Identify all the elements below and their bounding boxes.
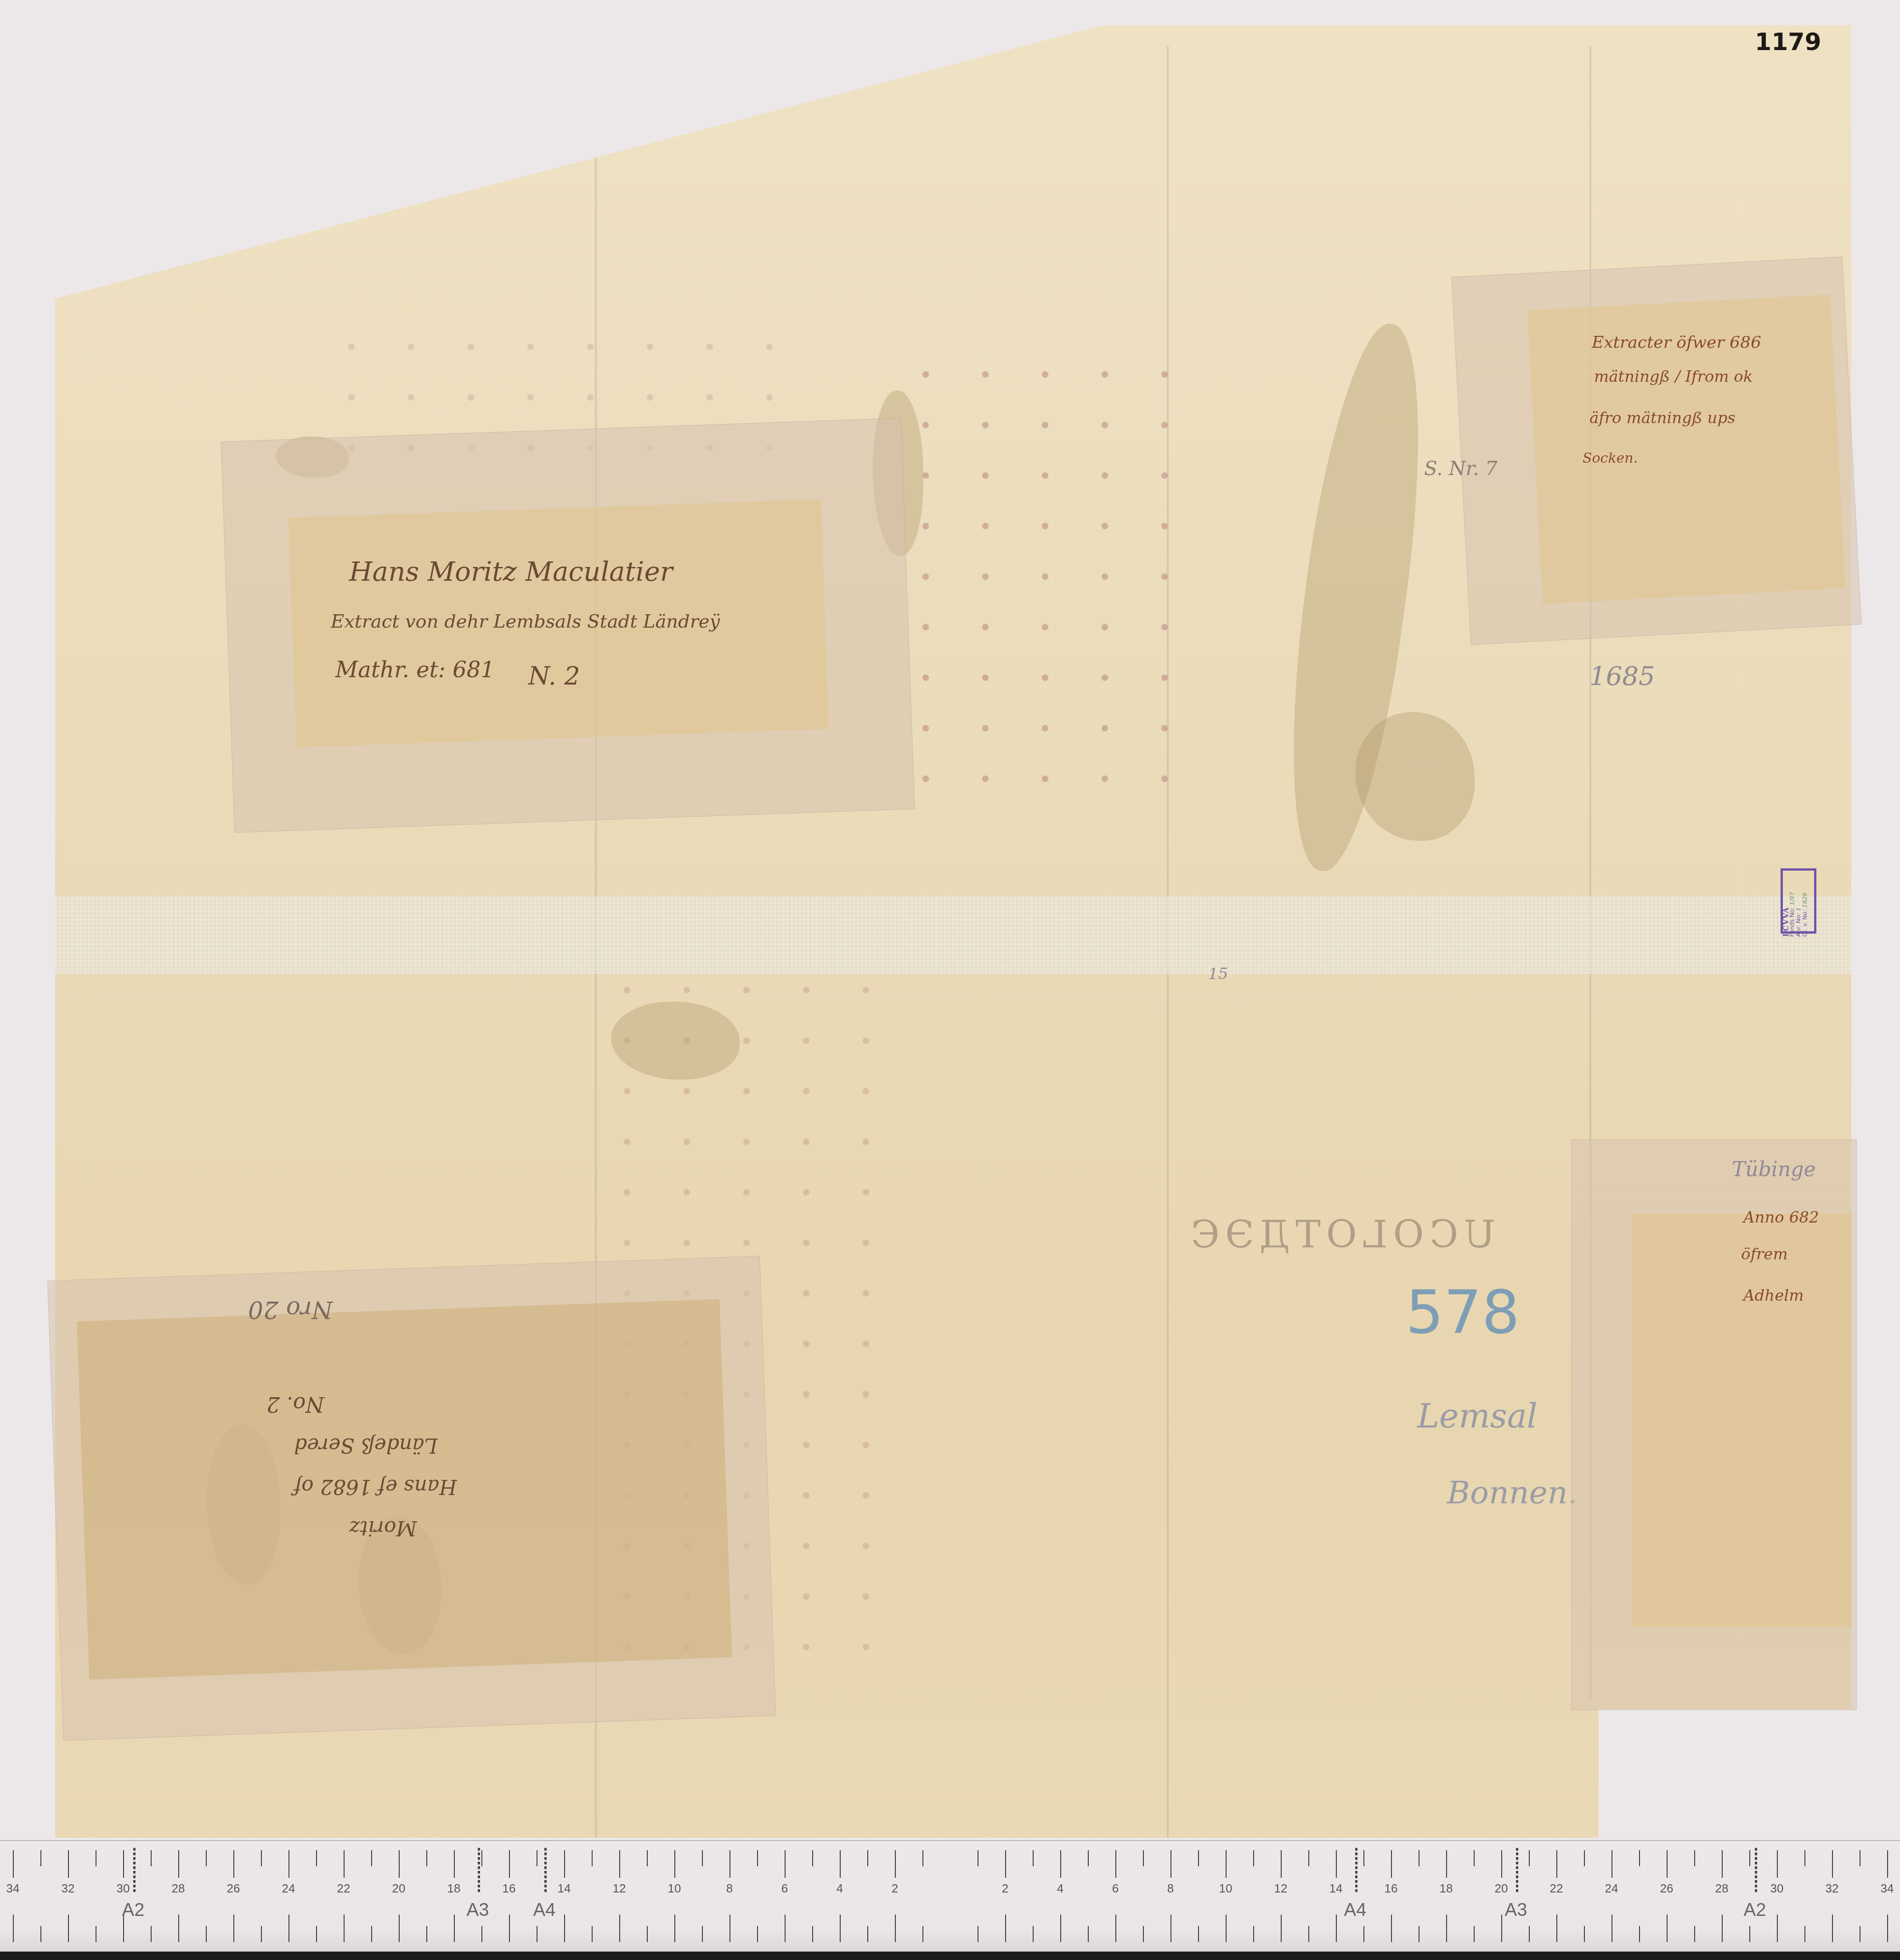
upper-right-line-1: Extracter öfwer 686 [1592, 333, 1761, 352]
ruler-tick-label: 2 [892, 1881, 898, 1896]
dotted-field-pattern [896, 349, 1171, 809]
ruler-tick-label: 30 [117, 1881, 130, 1896]
upper-right-line-2: mätningß / Ifrom ok [1594, 368, 1753, 386]
center-pencil-number: 15 [1208, 965, 1228, 983]
scanner-edge [0, 1952, 1900, 1960]
ruler-tick [1363, 1926, 1364, 1942]
ruler-tick [785, 1850, 786, 1878]
ruler-tick [564, 1850, 565, 1878]
ruler-tick [1584, 1926, 1585, 1942]
ruler-tick-label: 8 [1167, 1881, 1174, 1896]
ruler-tick-label: 4 [1057, 1881, 1063, 1896]
ruler-tick [1446, 1915, 1447, 1942]
ruler-tick [647, 1926, 648, 1942]
ruler-tick [178, 1915, 179, 1942]
upper-right-line-3: äfro mätningß ups [1589, 409, 1736, 427]
paper-size-marker-a2: A2 [1744, 1900, 1766, 1920]
stamp-fonds-row: Fonds No: 1/07 [1789, 872, 1796, 937]
ruler-tick [922, 1850, 923, 1866]
ruler-tick [1308, 1926, 1309, 1942]
ruler-tick-label: 30 [1770, 1881, 1784, 1896]
ruler-tick [1529, 1850, 1530, 1866]
ruler-tick [509, 1850, 510, 1878]
ruler-tick [426, 1850, 427, 1866]
ruler-tick [619, 1915, 620, 1942]
ruler-tick [537, 1926, 537, 1942]
ruler-tick-label: 26 [1660, 1881, 1674, 1896]
ruler-tick-label: 24 [1605, 1881, 1618, 1896]
ruler-tick-label: 26 [227, 1881, 240, 1896]
ruler-tick [288, 1850, 289, 1878]
gauze-repair-strip [55, 896, 1851, 974]
inverted-line-1: No. 2 [266, 1392, 324, 1417]
ruler-tick [1584, 1850, 1585, 1866]
ruler-tick [316, 1926, 317, 1942]
ruler-tick [481, 1926, 482, 1942]
ruler-tick-label: 10 [1219, 1881, 1233, 1896]
inverted-line-3: Hans ef 1682 of [294, 1475, 457, 1498]
paper-size-marker-a4: A4 [533, 1900, 556, 1920]
ruler-tick [1033, 1850, 1034, 1866]
ruler-tick [1088, 1926, 1089, 1942]
ruler-tick [1722, 1850, 1723, 1878]
ruler-tick [316, 1850, 317, 1866]
ruler-tick-label: 34 [6, 1881, 20, 1896]
ruler-tick [1281, 1850, 1282, 1878]
ruler-tick [371, 1926, 372, 1942]
inverted-number: Nro 20 [248, 1296, 333, 1323]
ruler-tick [895, 1850, 896, 1878]
pencil-year: 1685 [1589, 662, 1655, 691]
ruler-tick [867, 1926, 868, 1942]
stamp-apr-value: 1 [1795, 907, 1802, 911]
ruler-tick [1887, 1915, 1888, 1942]
ruler-tick [1115, 1850, 1116, 1878]
ruler-tick [233, 1850, 234, 1878]
ruler-tick [757, 1850, 758, 1866]
ruler-tick [1198, 1926, 1199, 1942]
ruler-tick [399, 1915, 400, 1942]
ruler-tick-label: 16 [503, 1881, 516, 1896]
stamp-glv-label: Gl. v. No: [1802, 910, 1809, 937]
ruler-tick [1391, 1850, 1392, 1878]
ruler-tick [344, 1915, 345, 1942]
ruler-tick [592, 1926, 593, 1942]
ruler-tick-label: 20 [1495, 1881, 1508, 1896]
ruler-tick-label: 6 [1112, 1881, 1119, 1896]
paper-size-line [1355, 1848, 1357, 1894]
ruler-tick [1005, 1850, 1006, 1878]
ruler-tick-label: 4 [837, 1881, 843, 1896]
ruler-tick [785, 1915, 786, 1942]
pencil-place-lemsal: Lemsal [1417, 1397, 1538, 1435]
title-line-2: Extract von dehr Lembsals Stadt Ländreÿ [331, 611, 720, 632]
ruler-tick [702, 1926, 703, 1942]
ruler-tick [40, 1850, 41, 1866]
ruler-tick [1777, 1850, 1778, 1878]
ruler-tick [978, 1850, 978, 1866]
ruler-tick [1088, 1850, 1089, 1866]
ruler-tick [1777, 1915, 1778, 1942]
measuring-ruler: 3432302826242220181614121086422468101214… [0, 1840, 1900, 1953]
ruler-tick [1501, 1915, 1502, 1942]
ruler-tick-label: 18 [1440, 1881, 1453, 1896]
ruler-tick-label: 18 [447, 1881, 461, 1896]
paper-size-line [133, 1848, 136, 1894]
ruler-tick [1612, 1850, 1612, 1878]
stamp-fonds-label: Fonds No: [1789, 907, 1796, 937]
ruler-tick [261, 1850, 262, 1866]
ruler-tick [261, 1926, 262, 1942]
ruler-tick [1143, 1850, 1144, 1866]
ruler-tick [592, 1850, 593, 1866]
ruler-tick [123, 1850, 124, 1878]
ruler-tick [509, 1915, 510, 1942]
paper-size-line [544, 1848, 547, 1894]
ruler-tick-label: 14 [558, 1881, 571, 1896]
ruler-tick [1419, 1850, 1419, 1866]
stamp-glv-row: Gl. v. No: 1829 [1802, 872, 1809, 937]
ruler-tick [454, 1850, 455, 1878]
ruler-tick [1060, 1915, 1061, 1942]
right-patch-line-3: öfrem [1741, 1245, 1788, 1263]
ruler-tick [1667, 1850, 1668, 1878]
ruler-tick [1005, 1915, 1006, 1942]
ruler-tick [1060, 1850, 1061, 1878]
ruler-tick-label: 8 [726, 1881, 733, 1896]
ruler-tick [1253, 1850, 1254, 1866]
stamp-fonds-value: 1/07 [1789, 892, 1796, 905]
ruler-tick-label: 24 [282, 1881, 295, 1896]
ruler-tick [206, 1850, 207, 1866]
upper-right-sheet-label: S. Nr. 7 [1424, 457, 1498, 480]
stamp-glv-value: 1829 [1802, 893, 1809, 908]
ruler-tick [151, 1926, 152, 1942]
title-line-3: Mathr. et: 681 [335, 657, 495, 683]
ruler-tick [96, 1850, 96, 1866]
upper-right-line-4: Socken. [1583, 450, 1638, 466]
ruler-tick [1143, 1926, 1144, 1942]
ruler-tick-label: 12 [1274, 1881, 1288, 1896]
catalog-number: 1179 [1755, 28, 1821, 56]
ruler-tick [96, 1926, 96, 1942]
upper-right-repair-patch [1452, 256, 1862, 645]
ruler-tick [1529, 1926, 1530, 1942]
ruler-tick [1336, 1850, 1337, 1878]
ruler-tick [1391, 1915, 1392, 1942]
ruler-tick [674, 1850, 675, 1878]
ruler-tick [1832, 1915, 1833, 1942]
paper-size-line [478, 1848, 480, 1894]
ruler-tick [178, 1850, 179, 1878]
ruler-tick [619, 1850, 620, 1878]
ruler-tick [1033, 1926, 1034, 1942]
ruler-tick [1198, 1850, 1199, 1866]
ruler-tick [1446, 1850, 1447, 1878]
ruler-tick-label: 32 [1826, 1881, 1839, 1896]
title-line-1: Hans Moritz Maculatier [349, 556, 673, 587]
ruler-tick [895, 1915, 896, 1942]
ruler-tick [840, 1850, 841, 1878]
ruler-tick [647, 1850, 648, 1866]
mirrored-show-through-text: UCOLOTДЭЄ [1185, 1213, 1496, 1257]
ruler-tick [1639, 1850, 1640, 1866]
ruler-tick-label: 2 [1002, 1881, 1008, 1896]
ruler-tick [1694, 1850, 1695, 1866]
right-patch-line-1: Tübinge [1732, 1158, 1815, 1181]
ruler-tick-label: 10 [668, 1881, 681, 1896]
ruler-tick-label: 6 [781, 1881, 788, 1896]
ruler-tick [344, 1850, 345, 1878]
ruler-tick [978, 1926, 978, 1942]
ruler-tick [840, 1915, 841, 1942]
paper-size-marker-a4: A4 [1344, 1900, 1367, 1920]
ruler-tick [1722, 1915, 1723, 1942]
ruler-tick [1281, 1915, 1282, 1942]
ruler-tick [1171, 1850, 1171, 1878]
ruler-tick [1694, 1926, 1695, 1942]
ruler-tick [1336, 1915, 1337, 1942]
ruler-tick [1474, 1926, 1475, 1942]
ruler-tick [1363, 1850, 1364, 1866]
lower-left-repair-patch [47, 1256, 776, 1741]
ruler-tick [1667, 1915, 1668, 1942]
ruler-tick [867, 1850, 868, 1866]
ruler-tick [1115, 1915, 1116, 1942]
ruler-tick [68, 1915, 69, 1942]
paper-size-marker-a3: A3 [1505, 1900, 1527, 1920]
ruler-tick-label: 28 [1715, 1881, 1729, 1896]
ruler-tick [1860, 1926, 1860, 1942]
ruler-tick [729, 1850, 730, 1878]
ruler-tick-label: 22 [337, 1881, 351, 1896]
ruler-tick [1804, 1926, 1805, 1942]
ruler-tick [1253, 1926, 1254, 1942]
ruler-tick [1887, 1850, 1888, 1878]
pencil-place-bonnen: Bonnen. [1447, 1475, 1578, 1511]
ruler-tick [40, 1926, 41, 1942]
ruler-tick [68, 1850, 69, 1878]
ruler-tick-label: 22 [1550, 1881, 1563, 1896]
ruler-tick [702, 1850, 703, 1866]
ruler-tick [674, 1915, 675, 1942]
ruler-tick [1308, 1850, 1309, 1866]
ruler-tick [1171, 1915, 1171, 1942]
inverted-line-4: Moritz [349, 1516, 417, 1540]
ruler-tick [537, 1850, 537, 1866]
ruler-tick [371, 1850, 372, 1866]
paper-size-marker-a3: A3 [467, 1900, 489, 1920]
stamp-archive-name: LCVVA [1783, 872, 1789, 937]
ruler-tick-label: 32 [62, 1881, 75, 1896]
ruler-tick [922, 1926, 923, 1942]
paper-size-line [1516, 1848, 1518, 1894]
lake-shape [1355, 712, 1475, 841]
archive-stamp: LCVVA Fonds No: 1/07 Apr. No: 1 Gl. v. N… [1781, 868, 1816, 934]
ruler-tick-label: 14 [1329, 1881, 1343, 1896]
ruler-tick [13, 1850, 14, 1878]
ruler-tick-label: 16 [1385, 1881, 1398, 1896]
right-patch-line-2: Anno 682 [1743, 1208, 1819, 1227]
ruler-tick [757, 1926, 758, 1942]
ruler-tick [288, 1915, 289, 1942]
ruler-tick [812, 1926, 813, 1942]
ruler-tick [13, 1915, 14, 1942]
ruler-tick [1226, 1915, 1227, 1942]
title-number: N. 2 [528, 662, 580, 691]
ruler-tick [454, 1915, 455, 1942]
ruler-tick-label: 34 [1881, 1881, 1894, 1896]
ruler-tick [1749, 1850, 1750, 1866]
paper-size-line [1755, 1848, 1757, 1894]
ruler-tick [1226, 1850, 1227, 1878]
ruler-tick [151, 1850, 152, 1866]
ruler-tick [1474, 1850, 1475, 1866]
stamp-apr-label: Apr. No: [1795, 913, 1802, 937]
ruler-tick [729, 1915, 730, 1942]
ruler-tick [1860, 1850, 1860, 1866]
ruler-tick-label: 12 [613, 1881, 626, 1896]
ruler-tick [1556, 1850, 1557, 1878]
inverted-line-2: Ländeß Sered [294, 1433, 438, 1457]
blue-archive-number: 578 [1406, 1277, 1520, 1347]
right-patch-line-4: Adhelm [1743, 1286, 1804, 1305]
paper-size-marker-a2: A2 [122, 1900, 145, 1920]
ruler-tick [564, 1915, 565, 1942]
ruler-tick [1419, 1926, 1419, 1942]
ruler-tick [1556, 1915, 1557, 1942]
stamp-apr-row: Apr. No: 1 [1796, 872, 1802, 937]
ruler-tick [426, 1926, 427, 1942]
ruler-tick [233, 1915, 234, 1942]
ruler-tick [1501, 1850, 1502, 1878]
ruler-tick [206, 1926, 207, 1942]
ruler-tick [481, 1850, 482, 1866]
ruler-tick [399, 1850, 400, 1878]
ruler-tick [1639, 1926, 1640, 1942]
ruler-tick-label: 28 [172, 1881, 185, 1896]
right-label-paper [1631, 1213, 1852, 1627]
ruler-tick-label: 20 [392, 1881, 406, 1896]
stamp-content: LCVVA Fonds No: 1/07 Apr. No: 1 Gl. v. N… [1783, 872, 1819, 937]
ruler-tick [1832, 1850, 1833, 1878]
ruler-tick [812, 1850, 813, 1866]
ruler-tick [1749, 1926, 1750, 1942]
ruler-tick [1612, 1915, 1612, 1942]
ruler-tick [1804, 1850, 1805, 1866]
